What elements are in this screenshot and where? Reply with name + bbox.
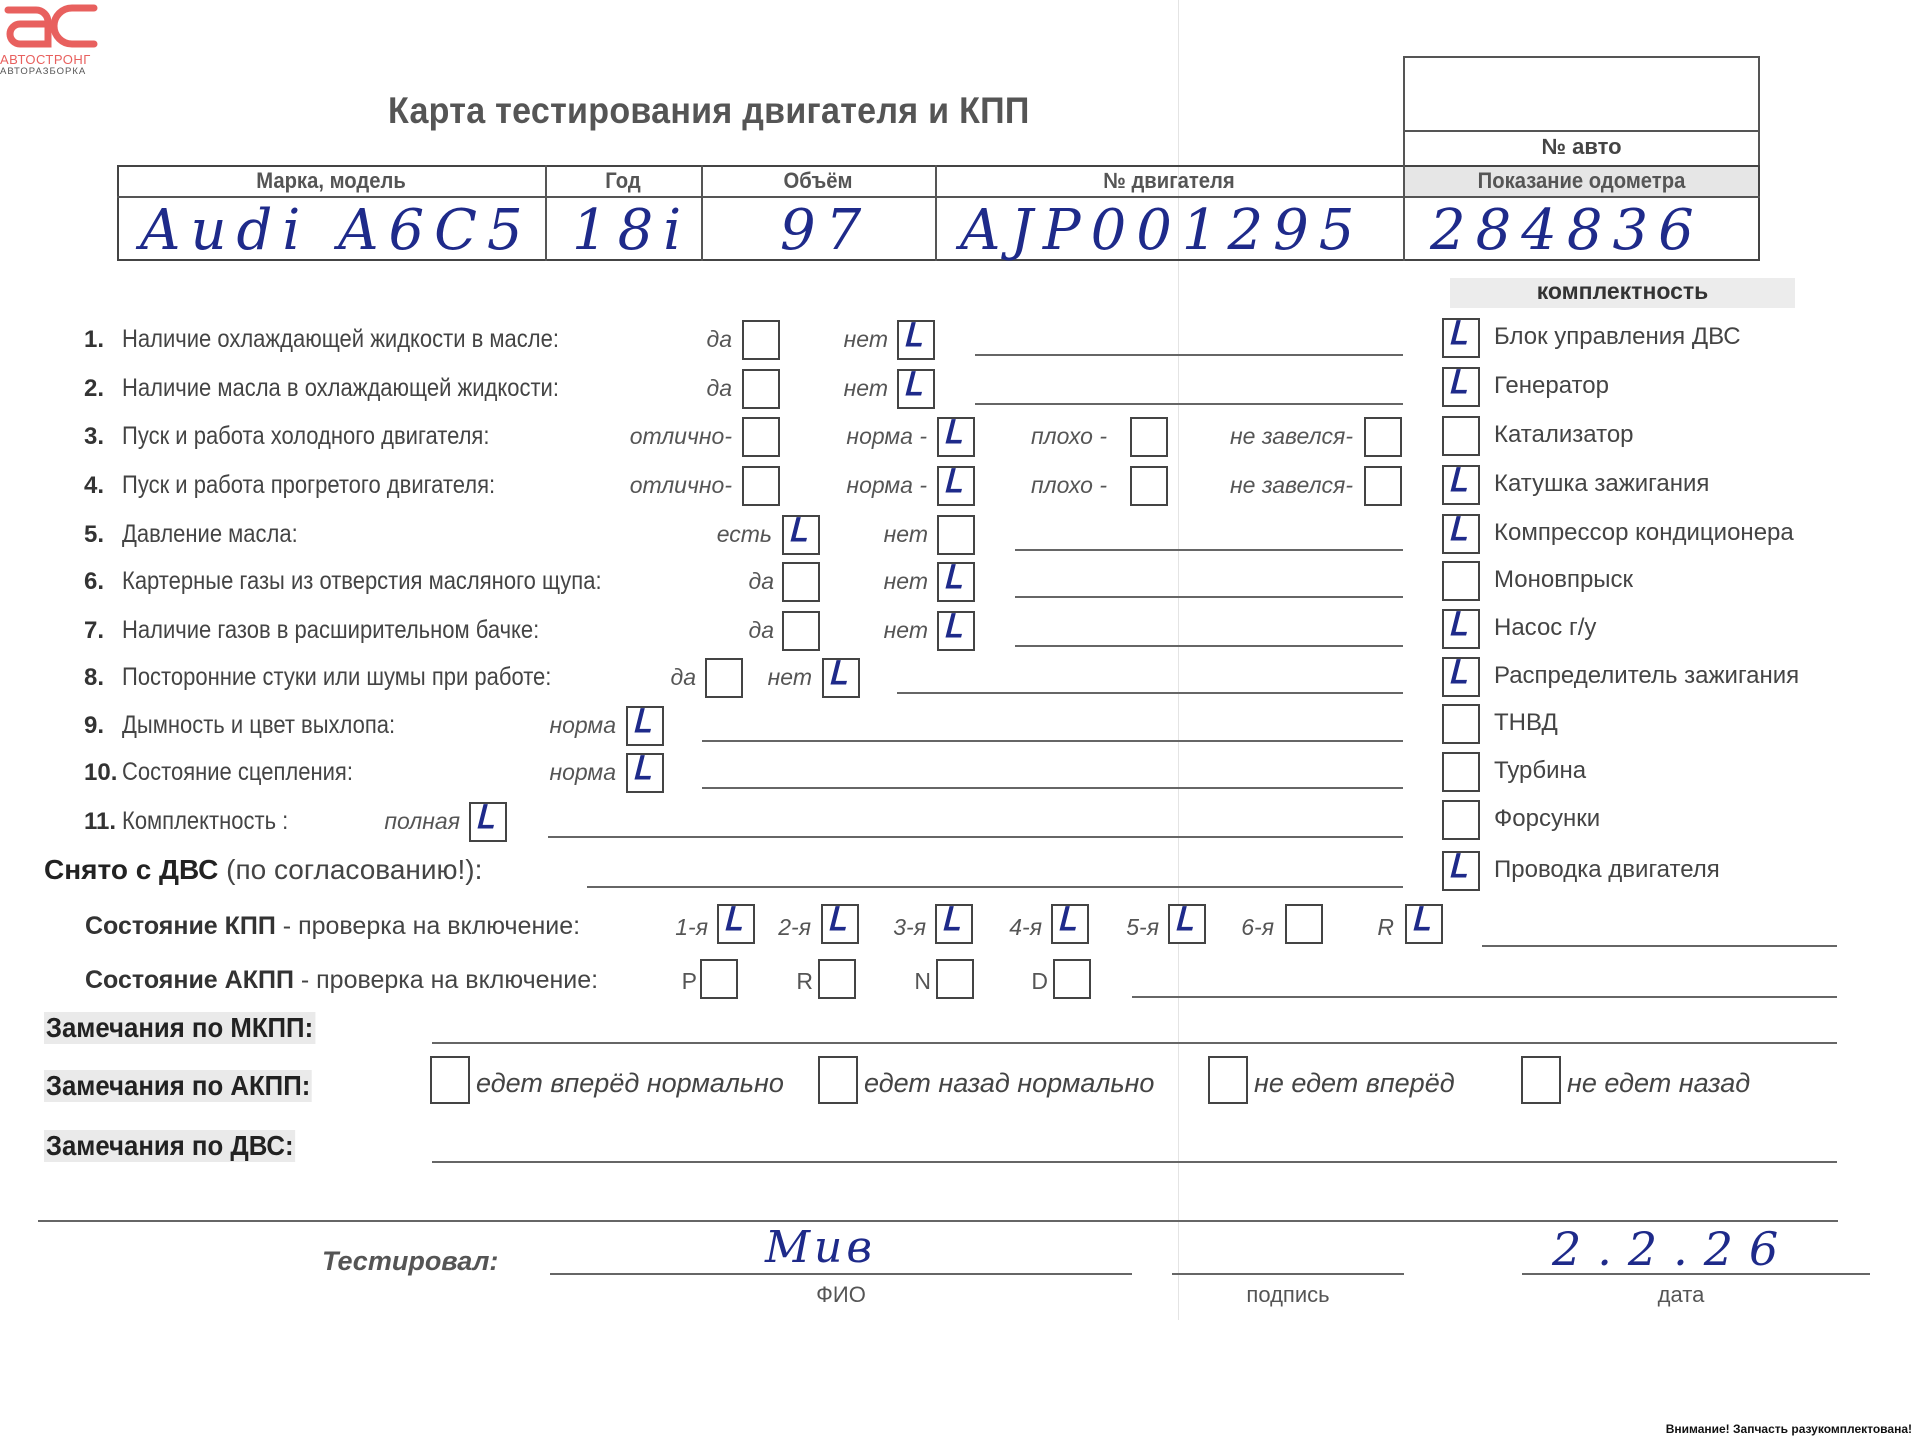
kpp-label-rest: - проверка на включение: xyxy=(276,912,580,940)
question-number: 1. xyxy=(84,326,104,354)
completeness-item-label: ТНВД xyxy=(1494,709,1558,737)
position-label: P xyxy=(682,968,697,995)
tester-name-line[interactable] xyxy=(550,1273,1132,1275)
question-number: 11. xyxy=(84,808,116,836)
position-checkbox[interactable] xyxy=(1053,959,1091,999)
checkmark-icon: ᒪ xyxy=(475,798,493,836)
option-checkbox[interactable] xyxy=(1364,466,1402,506)
akpp-remark-checkbox[interactable] xyxy=(1521,1056,1561,1104)
question-text: Картерные газы из отверстия масляного щу… xyxy=(122,567,602,596)
checkmark-icon: ᒪ xyxy=(1448,653,1466,691)
gear-checkbox[interactable]: ᒪ xyxy=(821,904,859,944)
question-text: Наличие охлаждающей жидкости в масле: xyxy=(122,325,559,354)
completeness-checkbox[interactable] xyxy=(1442,704,1480,744)
option-label: нет xyxy=(884,521,928,548)
gear-label: 4-я xyxy=(1009,914,1042,941)
option-checkbox[interactable] xyxy=(1130,466,1168,506)
checkmark-icon: ᒪ xyxy=(827,900,845,938)
option-checkbox[interactable]: ᒪ xyxy=(897,320,935,360)
option-checkbox[interactable]: ᒪ xyxy=(937,562,975,602)
col-header-year: Год xyxy=(551,168,695,194)
completeness-checkbox[interactable] xyxy=(1442,561,1480,601)
checkmark-icon: ᒪ xyxy=(1057,900,1075,938)
gear-label: 5-я xyxy=(1126,914,1159,941)
make-model-value[interactable]: Audi A6C5 xyxy=(140,198,533,263)
date-line[interactable] xyxy=(1522,1273,1870,1275)
tester-name-value[interactable]: Мив xyxy=(765,1222,876,1273)
question-number: 5. xyxy=(84,521,104,549)
col-divider xyxy=(545,165,547,261)
akpp-label: Состояние АКПП - проверка на включение: xyxy=(85,966,598,995)
completeness-checkbox[interactable] xyxy=(1442,800,1480,840)
checkmark-icon: ᒪ xyxy=(943,607,961,645)
question-text: Комплектность : xyxy=(122,807,288,836)
completeness-checkbox[interactable]: ᒪ xyxy=(1442,465,1480,505)
position-label: N xyxy=(914,968,931,995)
option-checkbox[interactable]: ᒪ xyxy=(469,802,507,842)
option-label: да xyxy=(670,664,696,691)
completeness-checkbox[interactable]: ᒪ xyxy=(1442,367,1480,407)
option-checkbox[interactable] xyxy=(1130,417,1168,457)
checkmark-icon: ᒪ xyxy=(632,749,650,787)
option-label: нет xyxy=(768,664,812,691)
gear-label: 6-я xyxy=(1241,914,1274,941)
checkmark-icon: ᒪ xyxy=(903,316,921,354)
col-header-volume: Объём xyxy=(710,168,925,194)
completeness-checkbox[interactable]: ᒪ xyxy=(1442,318,1480,358)
option-label: да xyxy=(748,617,774,644)
completeness-item-label: Форсунки xyxy=(1494,805,1600,833)
question-text: Посторонние стуки или шумы при работе: xyxy=(122,663,551,692)
akpp-remark-label: не едет назад xyxy=(1567,1068,1750,1099)
option-label: да xyxy=(706,326,732,353)
question-text: Наличие газов в расширительном бачке: xyxy=(122,616,539,645)
removed-rest: (по согласованию!): xyxy=(218,854,482,885)
question-number: 2. xyxy=(84,375,104,403)
option-label: норма xyxy=(549,759,616,786)
gear-label: 1-я xyxy=(675,914,708,941)
completeness-checkbox[interactable] xyxy=(1442,752,1480,792)
question-number: 9. xyxy=(84,712,104,740)
completeness-checkbox[interactable]: ᒪ xyxy=(1442,657,1480,697)
completeness-item-label: Катушка зажигания xyxy=(1494,470,1709,498)
option-label: норма - xyxy=(846,472,927,499)
option-label: отлично- xyxy=(630,472,732,499)
col-divider xyxy=(701,165,703,261)
option-checkbox[interactable] xyxy=(742,369,780,409)
option-checkbox[interactable] xyxy=(742,466,780,506)
question-number: 6. xyxy=(84,568,104,596)
checkmark-icon: ᒪ xyxy=(1448,605,1466,643)
question-notes-line[interactable] xyxy=(702,787,1403,789)
odometer-value[interactable]: 284836 xyxy=(1430,198,1704,263)
checkmark-icon: ᒪ xyxy=(1448,510,1466,548)
page-title: Карта тестирования двигателя и КПП xyxy=(388,90,1030,132)
option-checkbox[interactable]: ᒪ xyxy=(937,611,975,651)
option-checkbox[interactable] xyxy=(742,320,780,360)
option-label: нет xyxy=(844,375,888,402)
completeness-item-label: Катализатор xyxy=(1494,421,1634,449)
gear-label: 3-я xyxy=(893,914,926,941)
question-text: Давление масла: xyxy=(122,520,298,549)
completeness-item-label: Проводка двигателя xyxy=(1494,856,1720,884)
option-label: есть xyxy=(717,521,772,548)
completeness-checkbox[interactable] xyxy=(1442,416,1480,456)
remarks-dvs-label: Замечания по ДВС: xyxy=(44,1130,295,1162)
option-checkbox[interactable] xyxy=(1364,417,1402,457)
akpp-label-rest: - проверка на включение: xyxy=(294,966,598,994)
option-label: нет xyxy=(884,617,928,644)
position-checkbox[interactable] xyxy=(700,959,738,999)
signature-line[interactable] xyxy=(1172,1273,1404,1275)
option-label: нет xyxy=(884,568,928,595)
checkmark-icon: ᒪ xyxy=(1448,314,1466,352)
akpp-remark-checkbox[interactable] xyxy=(818,1056,858,1104)
kpp-label: Состояние КПП - проверка на включение: xyxy=(85,912,580,941)
checkmark-icon: ᒪ xyxy=(943,558,961,596)
kpp-label-bold: Состояние КПП xyxy=(85,912,276,940)
completeness-checkbox[interactable]: ᒪ xyxy=(1442,609,1480,649)
completeness-checkbox[interactable]: ᒪ xyxy=(1442,851,1480,891)
car-number-label: № авто xyxy=(1405,130,1758,164)
option-checkbox[interactable]: ᒪ xyxy=(822,658,860,698)
remarks-mkpp-label: Замечания по МКПП: xyxy=(44,1012,315,1044)
option-label: не завелся- xyxy=(1230,423,1353,450)
option-label: норма xyxy=(549,712,616,739)
akpp-remark-label: не едет вперёд xyxy=(1254,1068,1455,1099)
option-checkbox[interactable]: ᒪ xyxy=(626,753,664,793)
remarks-dvs-line[interactable] xyxy=(432,1161,1837,1163)
question-number: 4. xyxy=(84,472,104,500)
date-caption: дата xyxy=(1522,1282,1840,1308)
gear-checkbox[interactable]: ᒪ xyxy=(1405,904,1443,944)
question-text: Наличие масла в охлаждающей жидкости: xyxy=(122,374,559,403)
option-checkbox[interactable] xyxy=(742,417,780,457)
checkmark-icon: ᒪ xyxy=(941,900,959,938)
option-checkbox[interactable]: ᒪ xyxy=(782,515,820,555)
akpp-label-bold: Состояние АКПП xyxy=(85,966,294,994)
akpp-remark-checkbox[interactable] xyxy=(430,1056,470,1104)
checkmark-icon: ᒪ xyxy=(1448,363,1466,401)
option-checkbox[interactable]: ᒪ xyxy=(897,369,935,409)
gear-checkbox[interactable]: ᒪ xyxy=(717,904,755,944)
gear-checkbox[interactable]: ᒪ xyxy=(1168,904,1206,944)
position-checkbox[interactable] xyxy=(936,959,974,999)
completeness-item-label: Моновпрыск xyxy=(1494,566,1633,594)
checkmark-icon: ᒪ xyxy=(943,462,961,500)
option-label: плохо - xyxy=(1031,423,1107,450)
question-text: Состояние сцепления: xyxy=(122,758,353,787)
position-label: D xyxy=(1031,968,1048,995)
checkmark-icon: ᒪ xyxy=(1448,461,1466,499)
option-label: не завелся- xyxy=(1230,472,1353,499)
option-label: норма - xyxy=(846,423,927,450)
col-header-engine-number: № двигателя xyxy=(954,168,1385,194)
gear-checkbox[interactable]: ᒪ xyxy=(935,904,973,944)
year-value[interactable]: 18i xyxy=(572,198,691,263)
gear-label: 2-я xyxy=(778,914,811,941)
col-divider xyxy=(935,165,937,261)
option-checkbox[interactable] xyxy=(937,515,975,555)
col-header-odometer: Показание одометра xyxy=(1417,168,1745,194)
option-checkbox[interactable]: ᒪ xyxy=(626,706,664,746)
checkmark-icon: ᒪ xyxy=(943,413,961,451)
gear-checkbox[interactable] xyxy=(1285,904,1323,944)
question-notes-line[interactable] xyxy=(1015,596,1403,598)
question-number: 7. xyxy=(84,617,104,645)
question-text: Пуск и работа прогретого двигателя: xyxy=(122,471,495,500)
option-label: да xyxy=(706,375,732,402)
completeness-item-label: Компрессор кондиционера xyxy=(1494,519,1794,547)
date-value[interactable]: 2.2.26 xyxy=(1552,1222,1794,1276)
completeness-title: комплектность xyxy=(1450,278,1795,308)
kpp-notes-line[interactable] xyxy=(1482,945,1837,947)
removed-notes-line[interactable] xyxy=(587,886,1403,888)
remarks-mkpp-line[interactable] xyxy=(432,1042,1837,1044)
position-checkbox[interactable] xyxy=(818,959,856,999)
checkmark-icon: ᒪ xyxy=(1448,847,1466,885)
completeness-item-label: Блок управления ДВС xyxy=(1494,323,1741,351)
remarks-akpp-label: Замечания по АКПП: xyxy=(44,1070,312,1102)
question-notes-line[interactable] xyxy=(1015,549,1403,551)
incomplete-part-warning: Внимание! Запчасть разукомплектована! xyxy=(1666,1422,1912,1436)
checkmark-icon: ᒪ xyxy=(632,702,650,740)
volume-value[interactable]: 97 xyxy=(780,198,871,263)
question-notes-line[interactable] xyxy=(897,692,1403,694)
akpp-remark-label: едет назад нормально xyxy=(864,1068,1154,1099)
checkmark-icon: ᒪ xyxy=(1411,900,1429,938)
option-label: отлично- xyxy=(630,423,732,450)
logo-subtitle: АВТОРАЗБОРКА xyxy=(0,66,86,77)
completeness-item-label: Распределитель зажигания xyxy=(1494,662,1799,690)
engine-number-value[interactable]: AJP001295 xyxy=(960,198,1364,263)
question-notes-line[interactable] xyxy=(975,403,1403,405)
completeness-item-label: Генератор xyxy=(1494,372,1609,400)
removed-bold: Снято с ДВС xyxy=(44,854,218,885)
autostrong-logo-icon xyxy=(2,0,100,50)
option-checkbox[interactable] xyxy=(782,562,820,602)
akpp-notes-line[interactable] xyxy=(1132,996,1837,998)
checkmark-icon: ᒪ xyxy=(788,511,806,549)
akpp-remark-checkbox[interactable] xyxy=(1208,1056,1248,1104)
option-checkbox[interactable]: ᒪ xyxy=(937,417,975,457)
checkmark-icon: ᒪ xyxy=(1174,900,1192,938)
checkmark-icon: ᒪ xyxy=(903,365,921,403)
completeness-item-label: Турбина xyxy=(1494,757,1586,785)
gear-checkbox[interactable]: ᒪ xyxy=(1051,904,1089,944)
position-label: R xyxy=(796,968,813,995)
option-checkbox[interactable] xyxy=(705,658,743,698)
checkmark-icon: ᒪ xyxy=(828,654,846,692)
question-notes-line[interactable] xyxy=(548,836,1403,838)
question-number: 10. xyxy=(84,759,117,787)
question-notes-line[interactable] xyxy=(975,354,1403,356)
removed-from-engine-label: Снято с ДВС (по согласованию!): xyxy=(44,854,482,886)
signature-caption: подпись xyxy=(1172,1282,1404,1308)
question-notes-line[interactable] xyxy=(1015,645,1403,647)
option-label: да xyxy=(748,568,774,595)
question-text: Пуск и работа холодного двигателя: xyxy=(122,422,489,451)
tested-by-label: Тестировал: xyxy=(322,1246,498,1277)
question-text: Дымность и цвет выхлопа: xyxy=(122,711,395,740)
car-number-label-cell: № авто xyxy=(1403,130,1760,166)
option-label: полная xyxy=(384,808,460,835)
completeness-checkbox[interactable]: ᒪ xyxy=(1442,514,1480,554)
logo-brand: АВТОСТРОНГ xyxy=(0,52,91,67)
option-checkbox[interactable]: ᒪ xyxy=(937,466,975,506)
question-notes-line[interactable] xyxy=(702,740,1403,742)
option-label: плохо - xyxy=(1031,472,1107,499)
completeness-item-label: Насос г/у xyxy=(1494,614,1596,642)
col-header-make-model: Марка, модель xyxy=(134,168,528,194)
option-label: нет xyxy=(844,326,888,353)
akpp-remark-label: едет вперёд нормально xyxy=(476,1068,784,1099)
question-number: 3. xyxy=(84,423,104,451)
name-caption: ФИО xyxy=(550,1282,1132,1308)
question-number: 8. xyxy=(84,664,104,692)
checkmark-icon: ᒪ xyxy=(723,900,741,938)
car-number-box[interactable] xyxy=(1403,56,1760,132)
gear-label: R xyxy=(1377,914,1394,941)
option-checkbox[interactable] xyxy=(782,611,820,651)
